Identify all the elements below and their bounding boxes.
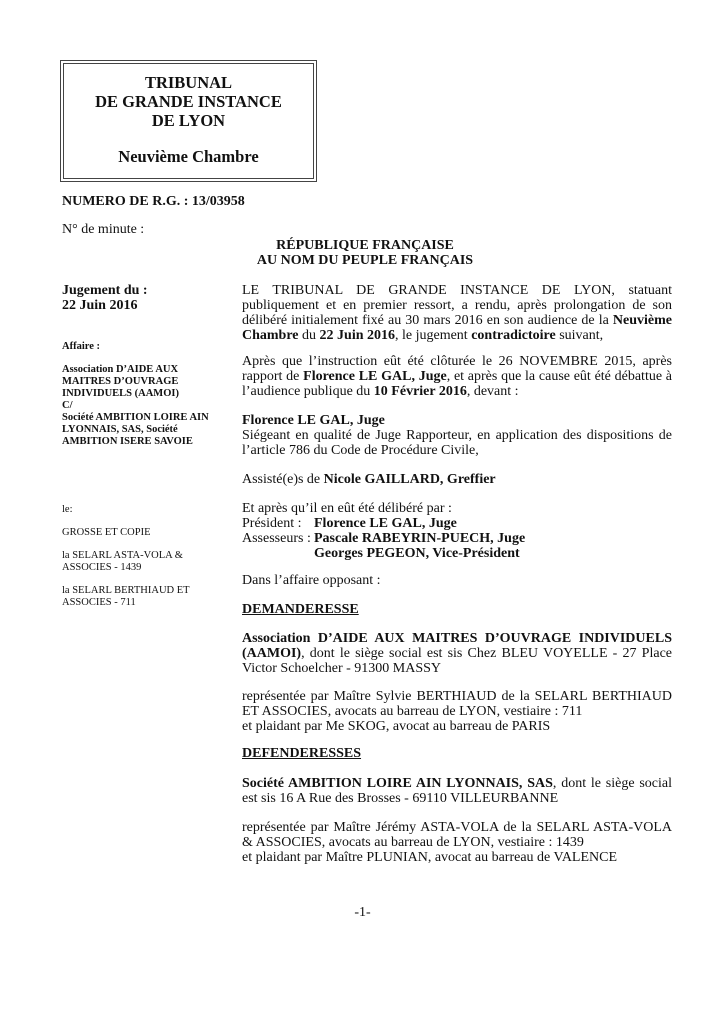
chamber-name: Neuvième Chambre xyxy=(64,147,313,167)
republic-heading: RÉPUBLIQUE FRANÇAISE AU NOM DU PEUPLE FR… xyxy=(240,238,490,268)
assesseur-row: Georges PEGEON, Vice-Président xyxy=(242,546,672,561)
court-line-3: DE LYON xyxy=(64,111,313,130)
affaire-line: LYONNAIS, SAS, Société xyxy=(62,424,209,436)
rapporteur-name: Florence LE GAL, Juge xyxy=(242,413,672,428)
deliberation-block: Et après qu’il en eût été délibéré par :… xyxy=(242,501,672,561)
assiste-line: Assisté(e)s de Nicole GAILLARD, Greffier xyxy=(242,472,672,487)
delibere-line: Et après qu’il en eût été délibéré par : xyxy=(242,501,672,516)
republique-line: RÉPUBLIQUE FRANÇAISE xyxy=(240,238,490,253)
copy-line: la SELARL ASTA-VOLA & xyxy=(62,550,183,562)
defenderesse-representation: représentée par Maître Jérémy ASTA-VOLA … xyxy=(242,820,672,865)
defenderesse-plaid: et plaidant par Maître PLUNIAN, avocat a… xyxy=(242,850,672,865)
grosse-label: GROSSE ET COPIE xyxy=(62,527,151,539)
rg-number: NUMERO DE R.G. : 13/03958 xyxy=(62,194,245,209)
affaire-label: Affaire : xyxy=(62,341,100,353)
peuple-line: AU NOM DU PEUPLE FRANÇAIS xyxy=(240,253,490,268)
court-line-1: TRIBUNAL xyxy=(64,73,313,92)
judgment-label: Jugement du : xyxy=(62,283,148,298)
demanderesse-party: Association D’AIDE AUX MAITRES D’OUVRAGE… xyxy=(242,631,672,676)
opposant-line: Dans l’affaire opposant : xyxy=(242,573,672,588)
defenderesse-party: Société AMBITION LOIRE AIN LYONNAIS, SAS… xyxy=(242,776,672,806)
affaire-line: AMBITION ISERE SAVOIE xyxy=(62,436,209,448)
copy-line: ASSOCIES - 1439 xyxy=(62,562,183,574)
affaire-line: Société AMBITION LOIRE AIN xyxy=(62,412,209,424)
le-label: le: xyxy=(62,504,73,516)
instruction-paragraph: Après que l’instruction eût été clôturée… xyxy=(242,354,672,399)
court-line-2: DE GRANDE INSTANCE xyxy=(64,92,313,111)
judgment-date-block: Jugement du : 22 Juin 2016 xyxy=(62,283,148,313)
copy-recipient: la SELARL ASTA-VOLA & ASSOCIES - 1439 xyxy=(62,550,183,574)
court-name: TRIBUNAL DE GRANDE INSTANCE DE LYON xyxy=(64,73,313,130)
minute-number: N° de minute : xyxy=(62,222,144,237)
affaire-parties: Association D’AIDE AUXMAITRES D’OUVRAGEI… xyxy=(62,364,209,448)
affaire-line: Association D’AIDE AUX xyxy=(62,364,209,376)
copy-recipient: la SELARL BERTHIAUD ET ASSOCIES - 711 xyxy=(62,585,190,609)
defenderesses-heading: DEFENDERESSES xyxy=(242,746,672,761)
rapporteur-role: Siégeant en qualité de Juge Rapporteur, … xyxy=(242,428,672,458)
page-number: -1- xyxy=(300,905,425,921)
demanderesse-representation: représentée par Maître Sylvie BERTHIAUD … xyxy=(242,689,672,734)
court-header-box: TRIBUNAL DE GRANDE INSTANCE DE LYON Neuv… xyxy=(60,60,317,182)
affaire-line: MAITRES D’OUVRAGE xyxy=(62,376,209,388)
copy-line: ASSOCIES - 711 xyxy=(62,597,190,609)
defenderesse-rep: représentée par Maître Jérémy ASTA-VOLA … xyxy=(242,820,672,850)
intro-paragraph: LE TRIBUNAL DE GRANDE INSTANCE DE LYON, … xyxy=(242,283,672,343)
judgment-date: 22 Juin 2016 xyxy=(62,298,148,313)
demanderesse-plaid: et plaidant par Me SKOG, avocat au barre… xyxy=(242,719,672,734)
assesseur-row: Assesseurs :Pascale RABEYRIN-PUECH, Juge xyxy=(242,531,672,546)
demanderesse-heading: DEMANDERESSE xyxy=(242,602,672,617)
demanderesse-rep: représentée par Maître Sylvie BERTHIAUD … xyxy=(242,689,672,719)
affaire-line: INDIVIDUELS (AAMOI) xyxy=(62,388,209,400)
copy-line: la SELARL BERTHIAUD ET xyxy=(62,585,190,597)
president-row: Président :Florence LE GAL, Juge xyxy=(242,516,672,531)
affaire-line: C/ xyxy=(62,400,209,412)
